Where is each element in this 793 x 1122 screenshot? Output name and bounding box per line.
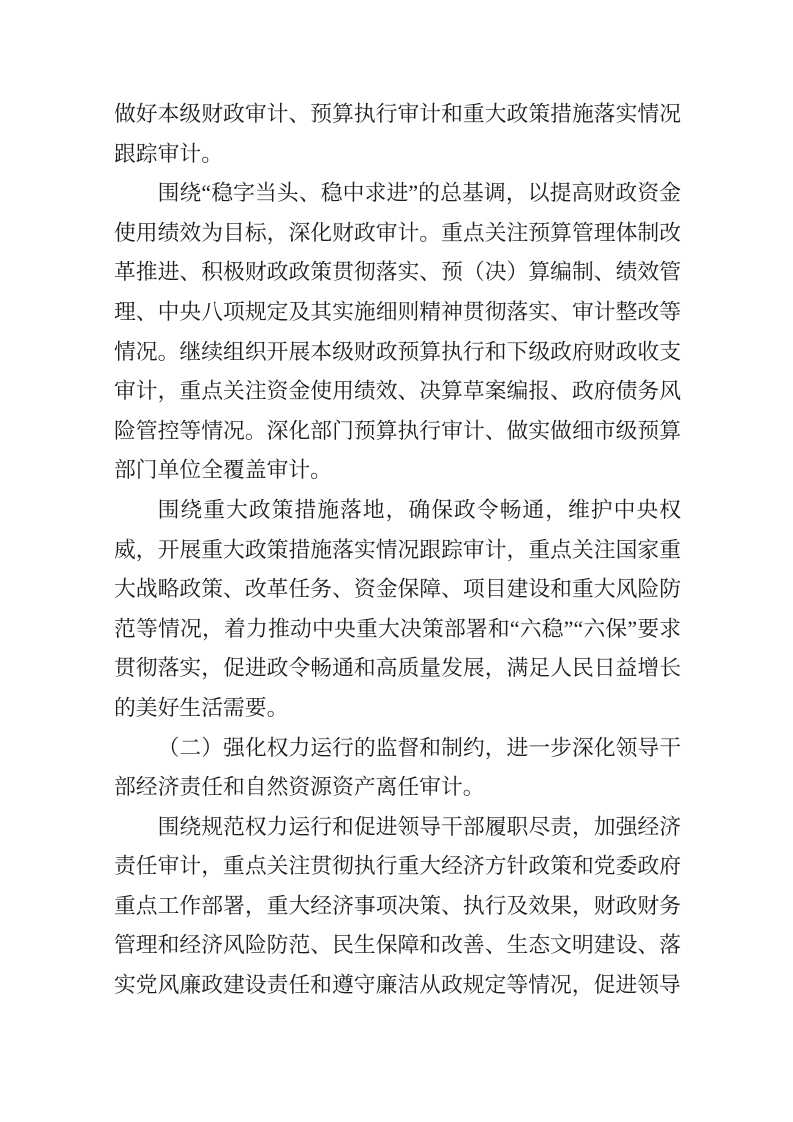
- document-paragraph: 围绕规范权力运行和促进领导干部履职尽责，加强经济责任审计，重点关注贯彻执行重大经…: [114, 808, 681, 1006]
- document-paragraph: 围绕“稳字当头、稳中求进”的总基调，以提高财政资金使用绩效为目标，深化财政审计。…: [114, 174, 681, 491]
- document-body: 做好本级财政审计、预算执行审计和重大政策措施落实情况跟踪审计。 围绕“稳字当头、…: [114, 95, 681, 1006]
- document-page: 做好本级财政审计、预算执行审计和重大政策措施落实情况跟踪审计。 围绕“稳字当头、…: [0, 0, 793, 1122]
- document-paragraph: 做好本级财政审计、预算执行审计和重大政策措施落实情况跟踪审计。: [114, 95, 681, 174]
- document-paragraph: （二）强化权力运行的监督和制约，进一步深化领导干部经济责任和自然资源资产离任审计…: [114, 729, 681, 808]
- document-paragraph: 围绕重大政策措施落地，确保政令畅通，维护中央权威，开展重大政策措施落实情况跟踪审…: [114, 491, 681, 729]
